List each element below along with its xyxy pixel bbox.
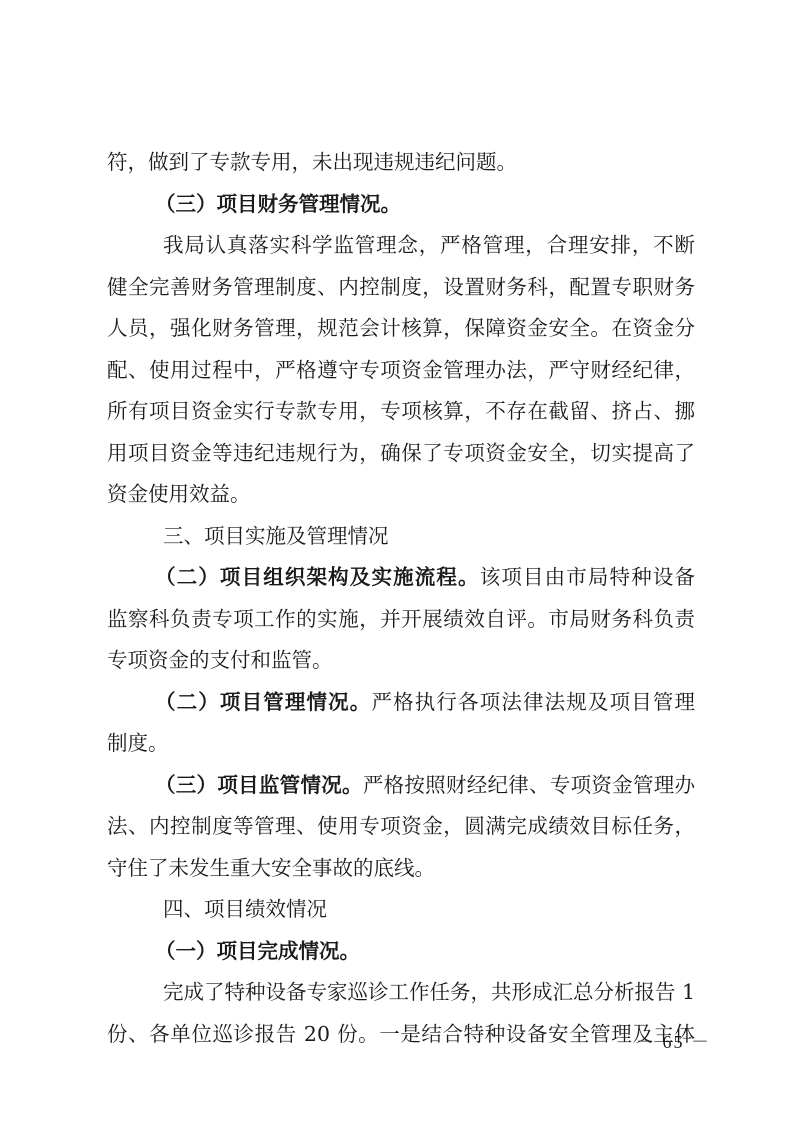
- subheading-title: （二）项目组织架构及实施流程。: [155, 565, 480, 589]
- paragraph-line: 配、使用过程中，严格遵守专项资金管理办法，严守财经纪律，: [107, 350, 695, 392]
- paragraph-line: 专项资金的支付和监管。: [107, 640, 695, 682]
- paragraph-line: 守住了未发生重大安全事故的底线。: [107, 848, 695, 890]
- paragraph-line: 所有项目资金实行专款专用，专项核算，不存在截留、挤占、挪: [107, 391, 695, 433]
- paragraph-line: 制度。: [107, 723, 695, 765]
- subheading-title: （二）项目管理情况。: [155, 690, 371, 714]
- subheading-title: （三）项目财务管理情况。: [155, 192, 401, 216]
- paragraph-line: 监察科负责专项工作的实施，并开展绩效自评。市局财务科负责: [107, 599, 695, 641]
- section-subheading: （二）项目组织架构及实施流程。该项目由市局特种设备: [107, 557, 695, 599]
- subheading-title: （三）项目监管情况。: [155, 773, 363, 797]
- page-number: － 65 －: [636, 1028, 711, 1054]
- paragraph-line: 符，做到了专款专用，未出现违规违纪问题。: [107, 142, 695, 184]
- paragraph-line: 健全完善财务管理制度、内控制度，设置财务科，配置专职财务: [107, 267, 695, 309]
- document-body: 符，做到了专款专用，未出现违规违纪问题。 （三）项目财务管理情况。 我局认真落实…: [107, 142, 695, 1055]
- section-heading: 三、项目实施及管理情况: [107, 516, 695, 558]
- paragraph-line: 完成了特种设备专家巡诊工作任务，共形成汇总分析报告 1: [107, 972, 695, 1014]
- section-heading: 四、项目绩效情况: [107, 889, 695, 931]
- section-subheading: （三）项目财务管理情况。: [107, 184, 695, 226]
- section-subheading: （二）项目管理情况。严格执行各项法律法规及项目管理: [107, 682, 695, 724]
- section-subheading: （三）项目监管情况。严格按照财经纪律、专项资金管理办: [107, 765, 695, 807]
- paragraph-line: 用项目资金等违纪违规行为，确保了专项资金安全，切实提高了: [107, 433, 695, 475]
- paragraph-line: 法、内控制度等管理、使用专项资金，圆满完成绩效目标任务，: [107, 806, 695, 848]
- section-subheading: （一）项目完成情况。: [107, 931, 695, 973]
- paragraph-line: 份、各单位巡诊报告 20 份。一是结合特种设备安全管理及主体: [107, 1014, 695, 1056]
- paragraph-line: 人员，强化财务管理，规范会计核算，保障资金安全。在资金分: [107, 308, 695, 350]
- subheading-title: （一）项目完成情况。: [155, 939, 360, 963]
- paragraph-line: 资金使用效益。: [107, 474, 695, 516]
- paragraph-line: 我局认真落实科学监管理念，严格管理，合理安排，不断: [107, 225, 695, 267]
